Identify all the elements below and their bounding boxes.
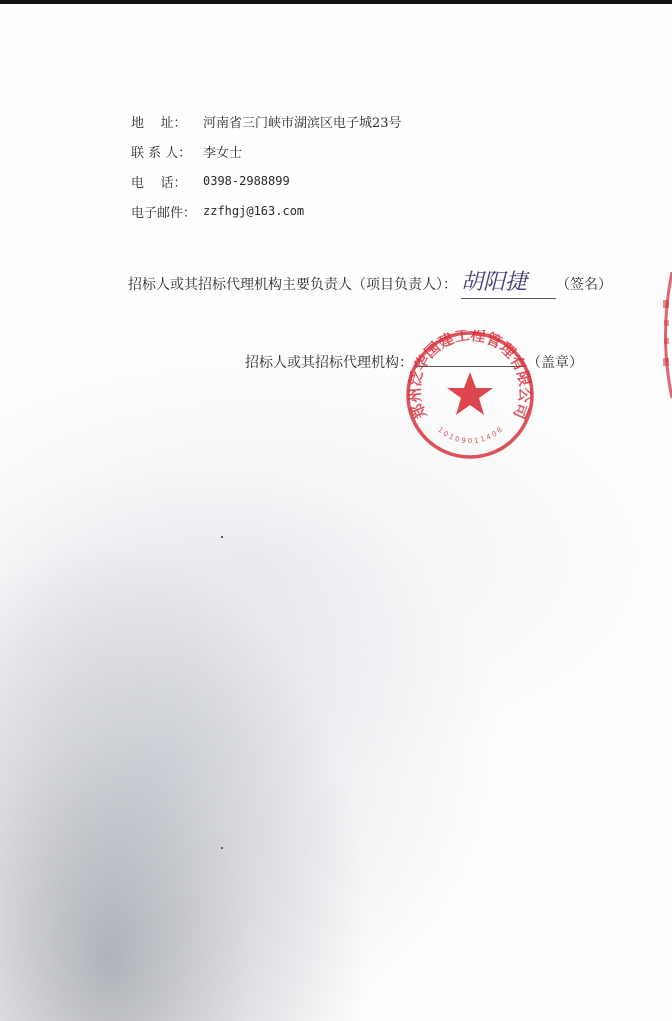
- handwritten-signature: 胡阳捷: [461, 272, 556, 299]
- email-value: zzfhgj@163.com: [203, 204, 304, 218]
- address-value: 河南省三门峡市湖滨区电子城23号: [203, 112, 402, 131]
- address-row: 地 址： 河南省三门峡市湖滨区电子城23号: [131, 106, 402, 136]
- phone-label: 电 话：: [131, 172, 203, 191]
- email-row: 电子邮件： zzfhgj@163.com: [131, 196, 402, 226]
- contact-person-row: 联 系 人： 李女士: [131, 136, 402, 166]
- scan-speck: [221, 847, 223, 849]
- star-icon: [447, 372, 493, 415]
- email-label: 电子邮件：: [131, 202, 203, 221]
- signature-label: 招标人或其招标代理机构主要负责人（项目负责人）：: [128, 274, 457, 294]
- contact-person-label: 联 系 人：: [131, 142, 203, 161]
- seal-label: 招标人或其招标代理机构：: [245, 352, 413, 372]
- seal-suffix: （盖章）: [527, 352, 583, 372]
- scan-speck: [221, 536, 223, 538]
- address-label: 地 址：: [131, 112, 203, 131]
- signature-line: 招标人或其招标代理机构主要负责人（项目负责人）： 胡阳捷 （签名）: [128, 272, 612, 299]
- phone-value: 0398-2988899: [203, 174, 290, 188]
- contact-info: 地 址： 河南省三门峡市湖滨区电子城23号 联 系 人： 李女士 电 话： 03…: [131, 106, 402, 226]
- contact-person-value: 李女士: [203, 142, 242, 161]
- top-border: [0, 0, 672, 4]
- phone-row: 电 话： 0398-2988899: [131, 166, 402, 196]
- signature-suffix: （签名）: [556, 274, 612, 294]
- partial-stamp-edge: [655, 270, 672, 400]
- company-seal-stamp: 郑州泛华国建工程管理有限公司 4 1 0 1 0 9 0 1 1 4 0 8 1: [405, 330, 535, 460]
